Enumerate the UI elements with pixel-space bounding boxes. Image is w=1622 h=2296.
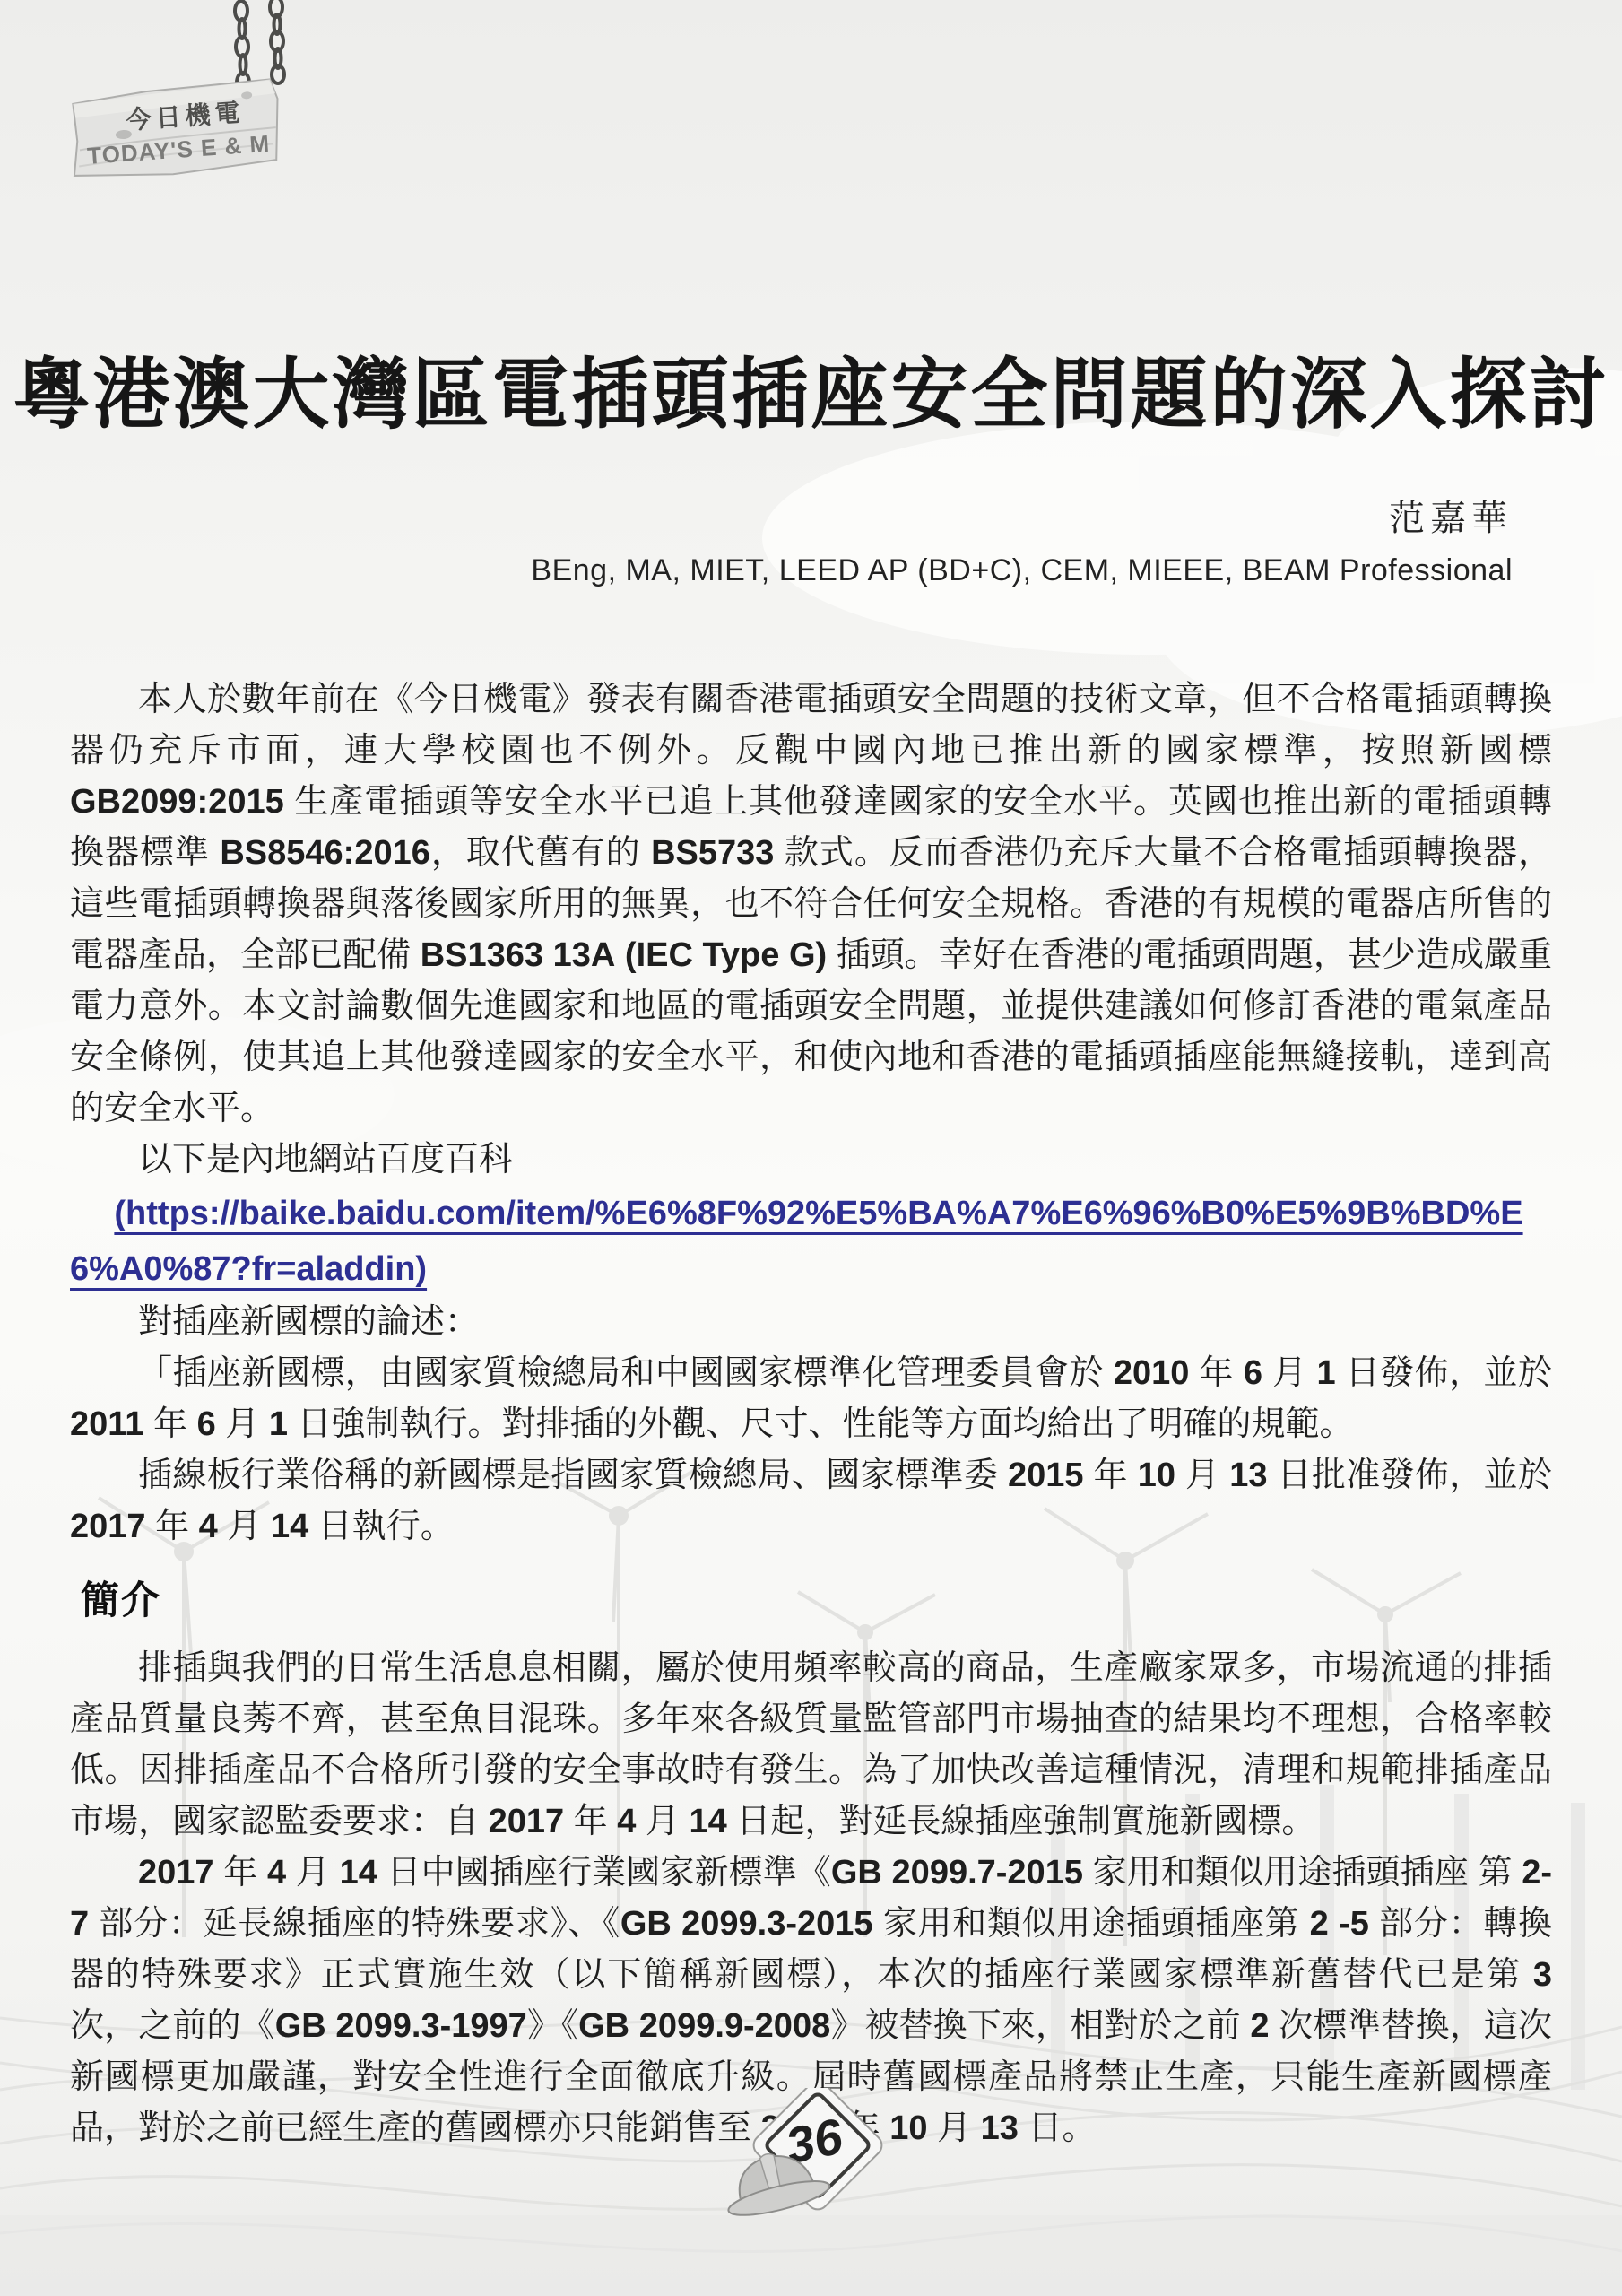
paragraph-baike-lead: 以下是內地網站百度百科 <box>70 1135 1552 1186</box>
paragraph-market: 排插與我們的日常生活息息相關，屬於使用頻率較高的商品，生產廠家眾多，市場流通的排… <box>70 1643 1552 1848</box>
author-credentials: BEng, MA, MIET, LEED AP (BD+C), CEM, MIE… <box>531 553 1513 588</box>
baike-link-line: (https://baike.baidu.com/item/%E6%8F%92%… <box>70 1186 1552 1297</box>
author-name: 范嘉華 <box>531 490 1513 541</box>
wooden-sign: 今日機電 TODAY'S E & M <box>69 79 282 181</box>
paragraph-standard-2015: 插線板行業俗稱的新國標是指國家質檢總局、國家標準委 2015 年 10 月 13… <box>70 1450 1552 1552</box>
paragraph-standard-2010: 「插座新國標，由國家質檢總局和中國國家標準化管理委員會於 2010 年 6 月 … <box>70 1348 1552 1450</box>
baike-link[interactable]: (https://baike.baidu.com/item/%E6%8F%92%… <box>70 1195 1523 1288</box>
paragraph-intro: 本人於數年前在《今日機電》發表有關香港電插頭安全問題的技術文章，但不合格電插頭轉… <box>70 674 1552 1135</box>
article-body: 本人於數年前在《今日機電》發表有關香港電插頭安全問題的技術文章，但不合格電插頭轉… <box>70 674 1552 2154</box>
section-heading-intro: 簡介 <box>81 1576 1552 1627</box>
author-block: 范嘉華 BEng, MA, MIET, LEED AP (BD+C), CEM,… <box>531 490 1513 588</box>
magazine-logo: 今日機電 TODAY'S E & M <box>63 0 287 188</box>
magazine-page: { "logo": { "title_cn": "今日機電", "title_e… <box>0 0 1622 2296</box>
paragraph-quote-lead: 對插座新國標的論述： <box>70 1297 1552 1348</box>
page-title: 粵港澳大灣區電插頭插座安全問題的深入探討 <box>0 332 1622 443</box>
page-number-badge: 36 <box>717 2088 906 2240</box>
